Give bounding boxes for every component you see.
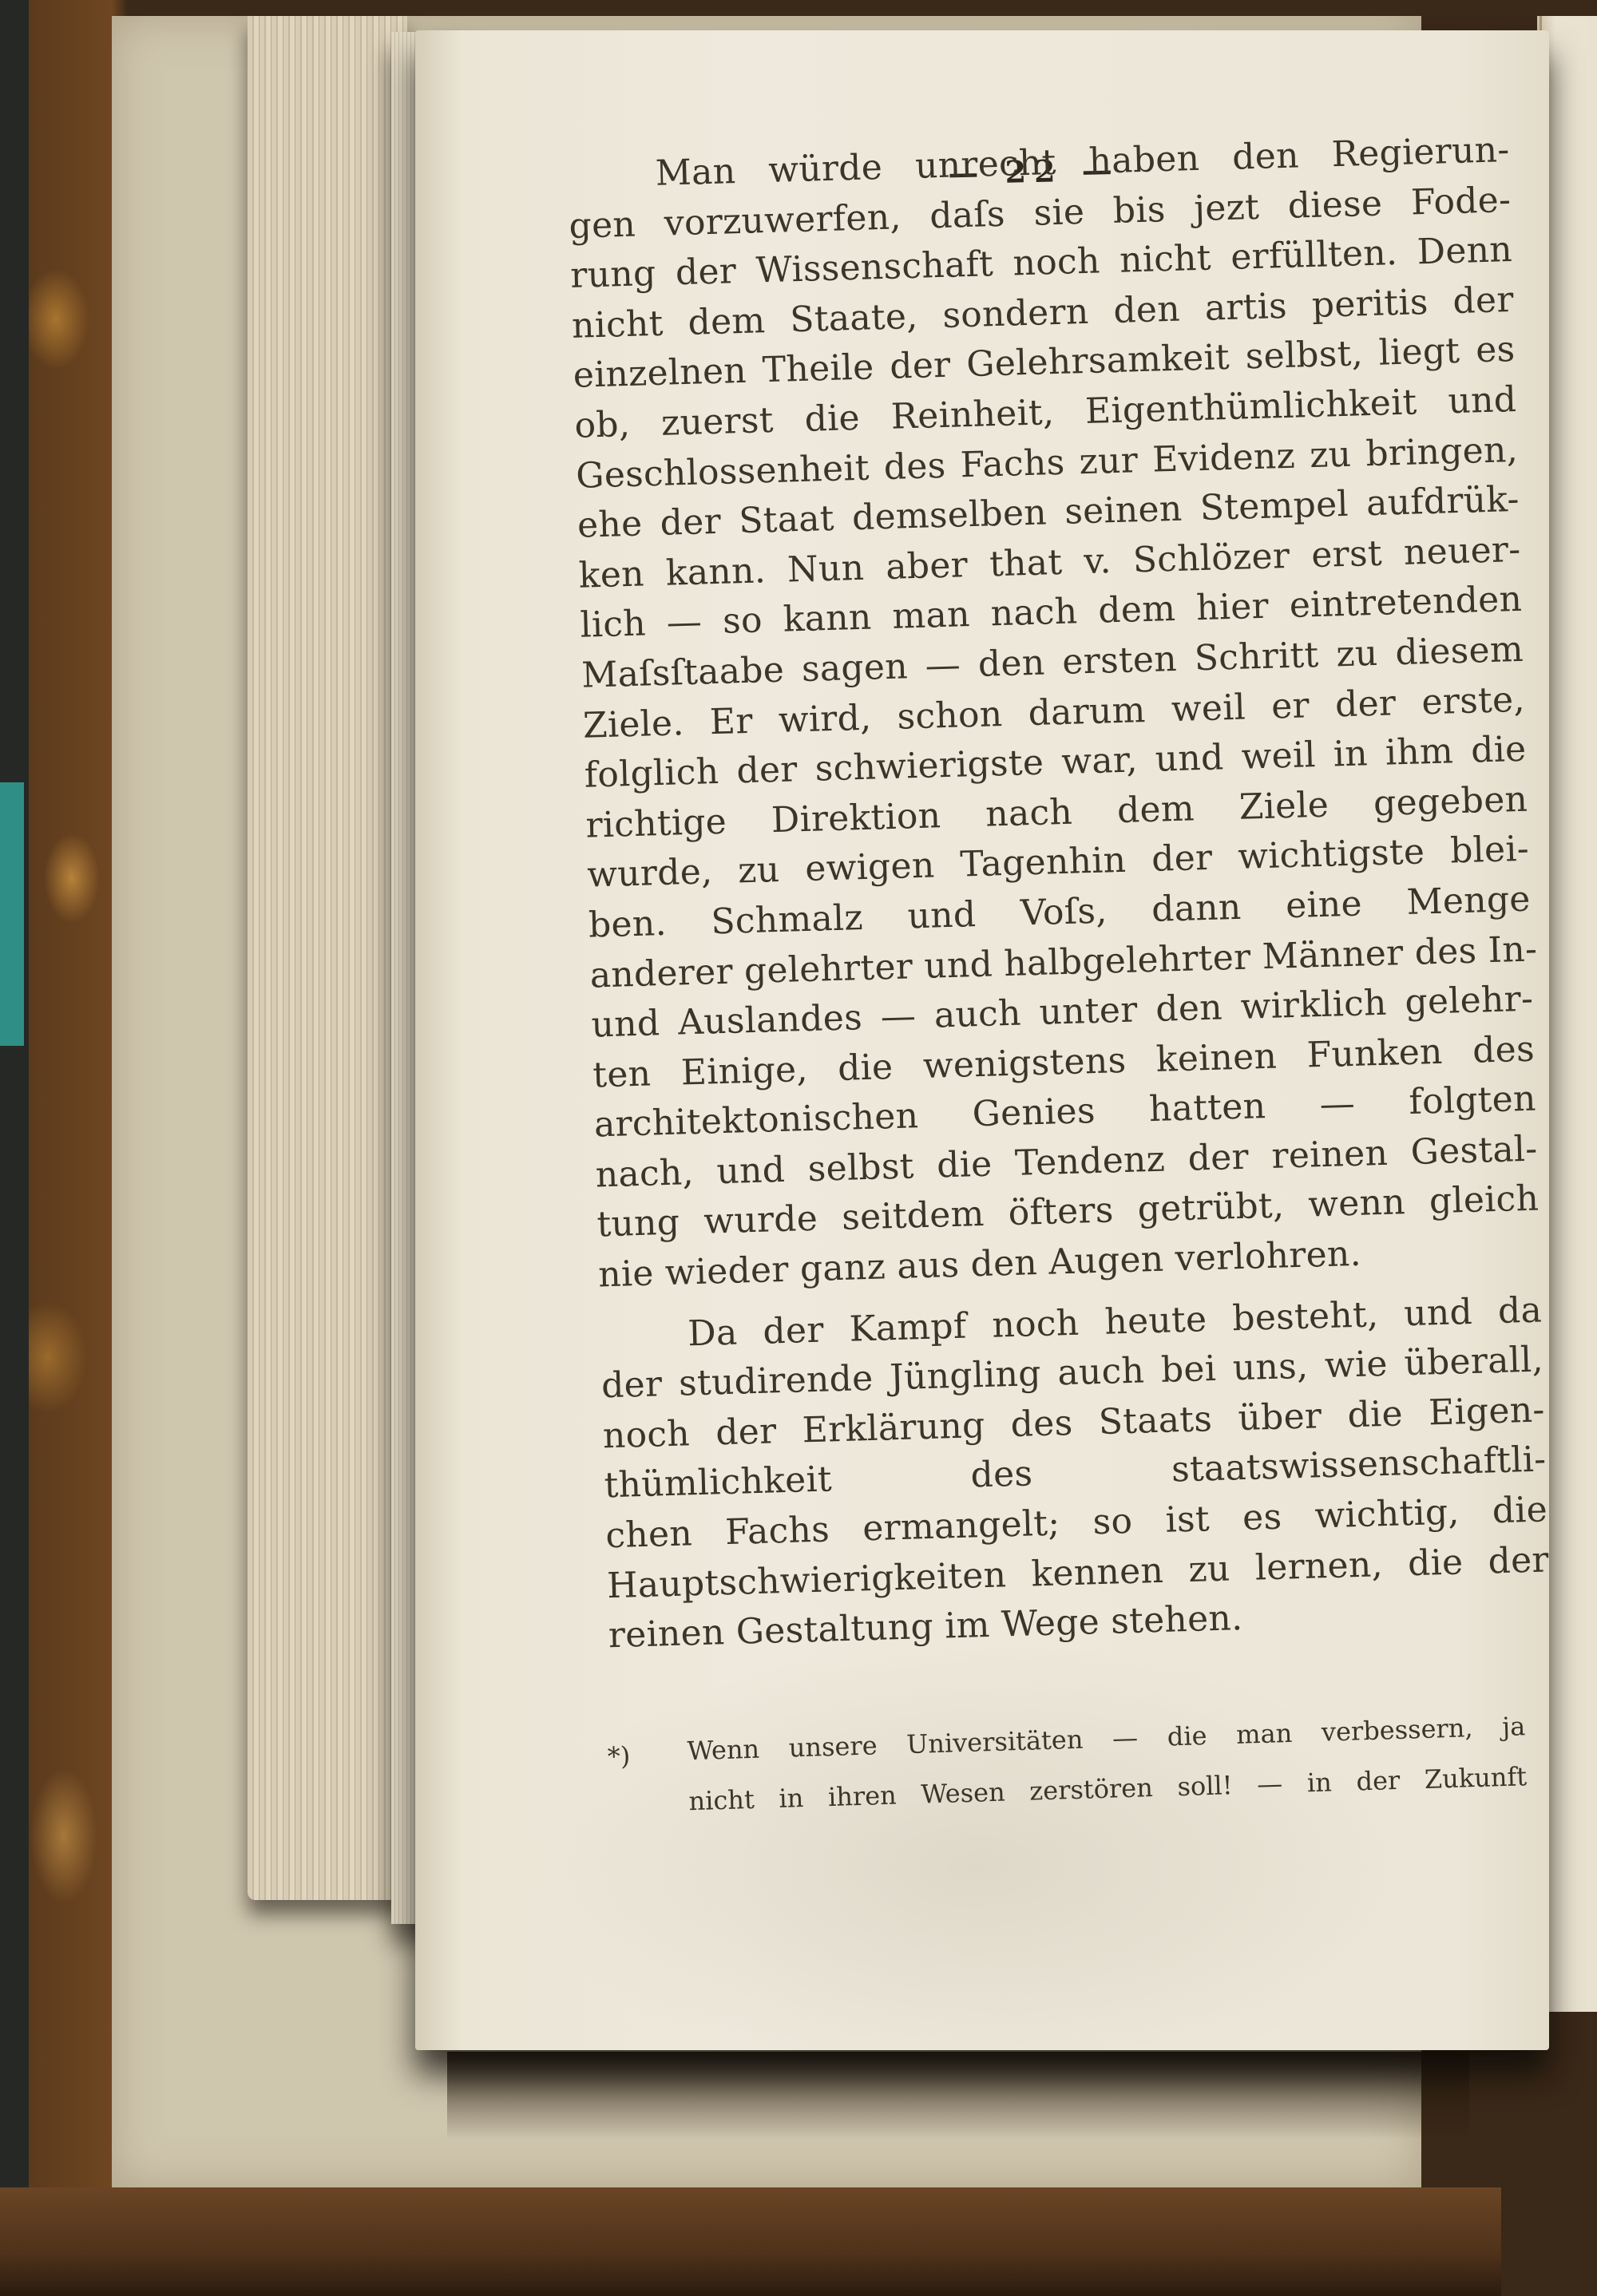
bookmark-tab [0,782,24,1046]
page-shadow [447,2052,1469,2140]
body-text: Man würde unrecht haben den Regierun- ge… [567,125,1551,1661]
paragraph-1: Man würde unrecht haben den Regierun- ge… [567,125,1541,1300]
bottom-cover-edge [0,2187,1501,2296]
paragraph-2: Da der Kampf noch heute besteht, und da … [600,1285,1551,1661]
binding-edge [0,0,29,2296]
footnote-mark: *) [607,1736,631,1775]
page-stack-left [248,16,407,1900]
